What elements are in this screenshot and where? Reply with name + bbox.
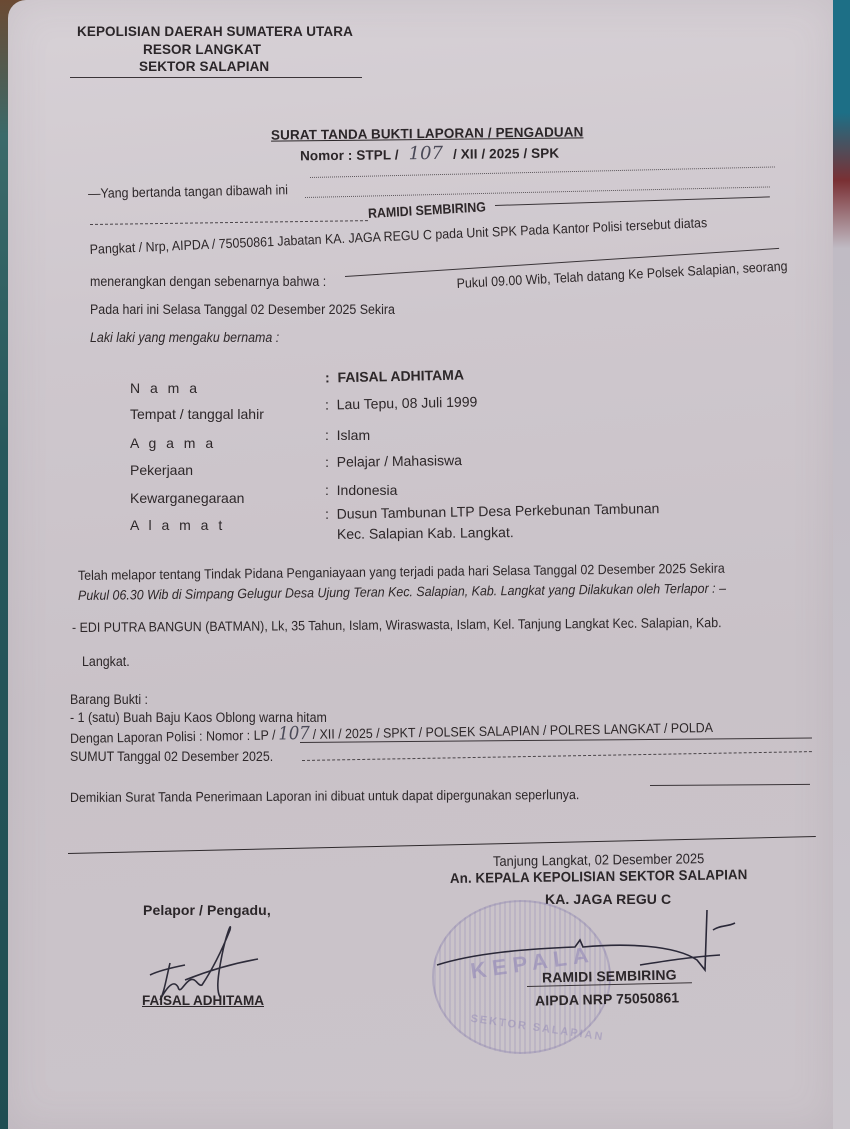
suspect-line-2: Langkat.	[82, 654, 130, 669]
header-line-3: SEKTOR SALAPIAN	[139, 59, 269, 74]
field-value-occupation: : Pelajar / Mahasiswa	[325, 452, 462, 470]
officer-signature	[435, 905, 755, 975]
field-label-address: A l a m a t	[130, 517, 225, 533]
field-value-citizenship: : Indonesia	[325, 482, 397, 498]
document-number: Nomor : STPL / 107 / XII / 2025 / SPK	[300, 142, 559, 166]
field-label-name: N a m a	[130, 380, 200, 396]
field-label-citizenship: Kewarganegaraan	[130, 490, 244, 506]
reporter-name: FAISAL ADHITAMA	[142, 993, 264, 1008]
officer-rank-nrp: AIPDA NRP 75050861	[535, 989, 680, 1008]
evidence-heading: Barang Bukti :	[70, 692, 148, 707]
closing-statement: Demikian Surat Tanda Penerimaan Laporan …	[70, 787, 579, 805]
field-value-address-line2: Kec. Salapian Kab. Langkat.	[337, 524, 514, 542]
number-handwritten: 107	[408, 143, 443, 164]
number-suffix: / XII / 2025 / SPK	[453, 146, 559, 162]
header-line-1: KEPOLISIAN DAERAH SUMATERA UTARA	[77, 24, 353, 39]
field-value-name: : FAISAL ADHITAMA	[325, 367, 464, 386]
header-underline	[70, 77, 362, 78]
gender-line: Laki laki yang mengaku bernama :	[90, 330, 279, 345]
reporter-title: Pelapor / Pengadu,	[143, 902, 271, 918]
field-value-birth: : Lau Tepu, 08 Juli 1999	[325, 393, 478, 412]
field-label-birth: Tempat / tanggal lahir	[130, 406, 264, 422]
field-label-occupation: Pekerjaan	[130, 462, 193, 478]
visit-line: Pada hari ini Selasa Tanggal 02 Desember…	[90, 302, 395, 317]
statement-line: menerangkan dengan sebenarnya bahwa :	[90, 274, 326, 289]
header-line-2: RESOR LANGKAT	[143, 42, 261, 57]
field-value-religion: : Islam	[325, 427, 370, 443]
field-label-religion: A g a m a	[130, 435, 216, 451]
police-report-line-2: SUMUT Tanggal 02 Desember 2025.	[70, 749, 273, 764]
number-prefix: Nomor : STPL /	[300, 147, 399, 163]
